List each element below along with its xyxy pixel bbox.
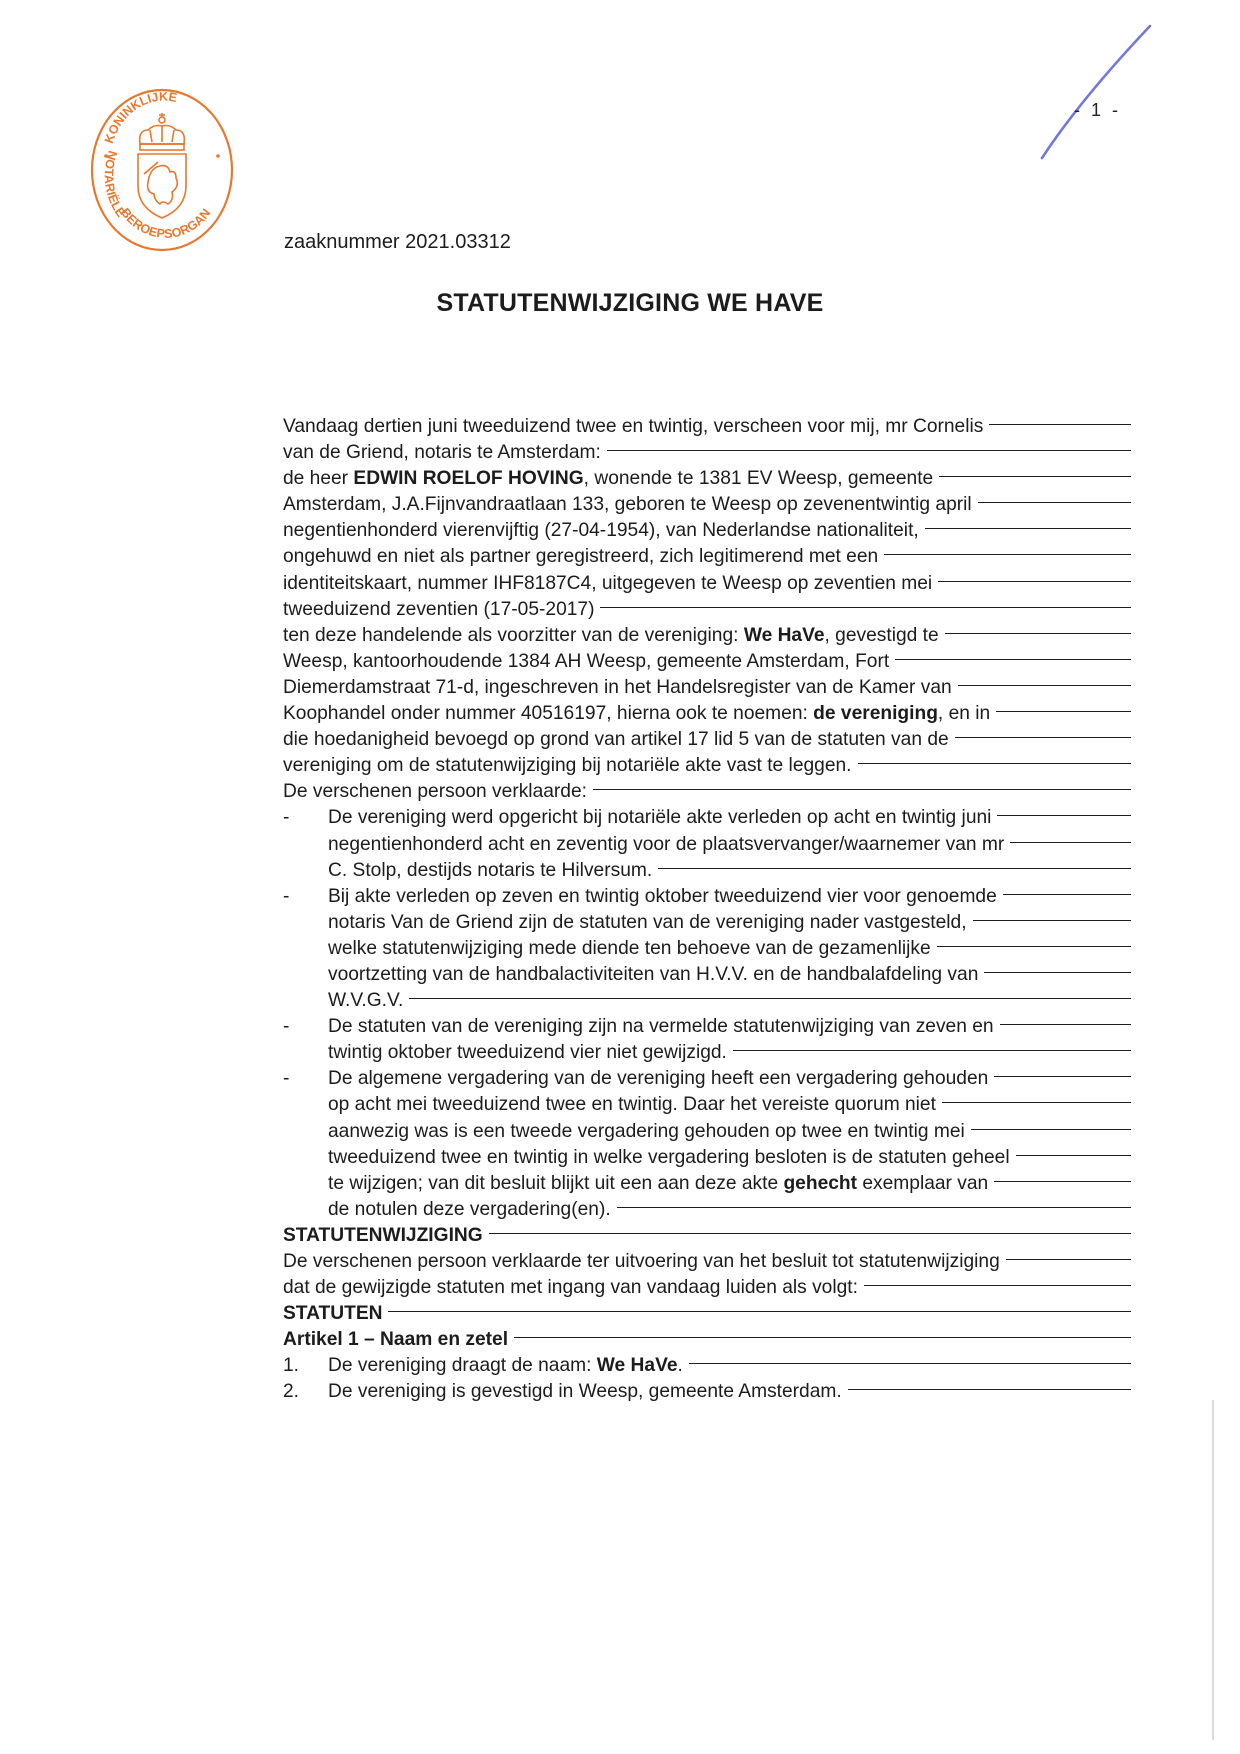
line-filler-rule — [1000, 1024, 1131, 1025]
notary-seal-logo: KONINKLIJKE NOTARIËLE BEROEPSORGANISATIE — [88, 86, 236, 254]
bullet-line: -De algemene vergadering van de verenigi… — [283, 1066, 1131, 1092]
text-line: Koophandel onder nummer 40516197, hierna… — [283, 701, 1131, 727]
bullet-dash: - — [283, 1014, 328, 1040]
line-filler-rule — [1003, 894, 1131, 895]
line-text: welke statutenwijziging mede diende ten … — [328, 936, 931, 962]
text-line: twintig oktober tweeduizend vier niet ge… — [283, 1040, 1131, 1066]
line-text: C. Stolp, destijds notaris te Hilversum. — [328, 858, 652, 884]
line-filler-rule — [858, 763, 1131, 764]
line-text: tweeduizend twee en twintig in welke ver… — [328, 1145, 1010, 1171]
line-filler-rule — [617, 1207, 1131, 1208]
bullet-line: -De vereniging werd opgericht bij notari… — [283, 805, 1131, 831]
line-filler-rule — [925, 528, 1131, 529]
line-text: De vereniging draagt de naam: We HaVe. — [328, 1353, 683, 1379]
article-clause-line: 2.De vereniging is gevestigd in Weesp, g… — [283, 1379, 1131, 1405]
line-text: Bij akte verleden op zeven en twintig ok… — [328, 884, 997, 910]
line-text: Koophandel onder nummer 40516197, hierna… — [283, 701, 990, 727]
line-filler-rule — [895, 659, 1131, 660]
bullet-line: -De statuten van de vereniging zijn na v… — [283, 1014, 1131, 1040]
article-clause-line: 1.De vereniging draagt de naam: We HaVe. — [283, 1353, 1131, 1379]
line-text: Vandaag dertien juni tweeduizend twee en… — [283, 414, 983, 440]
line-text: die hoedanigheid bevoegd op grond van ar… — [283, 727, 949, 753]
line-text: voortzetting van de handbalactiviteiten … — [328, 962, 978, 988]
text-line: STATUTEN — [283, 1301, 1131, 1327]
line-text: vereniging om de statutenwijziging bij n… — [283, 753, 852, 779]
text-line: Vandaag dertien juni tweeduizend twee en… — [283, 414, 1131, 440]
line-filler-rule — [973, 920, 1131, 921]
text-line: Diemerdamstraat 71-d, ingeschreven in he… — [283, 675, 1131, 701]
text-line: tweeduizend twee en twintig in welke ver… — [283, 1145, 1131, 1171]
line-text: twintig oktober tweeduizend vier niet ge… — [328, 1040, 727, 1066]
text-line: C. Stolp, destijds notaris te Hilversum. — [283, 858, 1131, 884]
text-line: ten deze handelende als voorzitter van d… — [283, 623, 1131, 649]
line-filler-rule — [945, 633, 1131, 634]
line-filler-rule — [938, 581, 1131, 582]
line-filler-rule — [1006, 1259, 1131, 1260]
text-line: Artikel 1 – Naam en zetel — [283, 1327, 1131, 1353]
line-filler-rule — [600, 607, 1131, 608]
line-filler-rule — [864, 1285, 1131, 1286]
line-text: ten deze handelende als voorzitter van d… — [283, 623, 939, 649]
line-filler-rule — [997, 815, 1131, 816]
line-text: identiteitskaart, nummer IHF8187C4, uitg… — [283, 571, 932, 597]
line-text: van de Griend, notaris te Amsterdam: — [283, 440, 601, 466]
text-line: op acht mei tweeduizend twee en twintig.… — [283, 1092, 1131, 1118]
text-line: STATUTENWIJZIGING — [283, 1223, 1131, 1249]
text-line: W.V.G.V. — [283, 988, 1131, 1014]
text-line: Weesp, kantoorhoudende 1384 AH Weesp, ge… — [283, 649, 1131, 675]
bullet-line: -Bij akte verleden op zeven en twintig o… — [283, 884, 1131, 910]
line-text: De verschenen persoon verklaarde ter uit… — [283, 1249, 1000, 1275]
case-number: zaaknummer 2021.03312 — [284, 231, 511, 254]
line-text: de notulen deze vergadering(en). — [328, 1197, 611, 1223]
text-line: welke statutenwijziging mede diende ten … — [283, 936, 1131, 962]
line-text: te wijzigen; van dit besluit blijkt uit … — [328, 1171, 988, 1197]
text-line: De verschenen persoon verklaarde ter uit… — [283, 1249, 1131, 1275]
line-filler-rule — [1016, 1155, 1131, 1156]
line-filler-rule — [994, 1181, 1131, 1182]
text-line: dat de gewijzigde statuten met ingang va… — [283, 1275, 1131, 1301]
line-filler-rule — [994, 1076, 1131, 1077]
bullet-dash: - — [283, 805, 328, 831]
line-filler-rule — [689, 1363, 1131, 1364]
document-title: STATUTENWIJZIGING WE HAVE — [0, 289, 1240, 318]
deed-body: Vandaag dertien juni tweeduizend twee en… — [283, 414, 1131, 1406]
line-text: negentienhonderd vierenvijftig (27-04-19… — [283, 518, 919, 544]
line-filler-rule — [514, 1337, 1131, 1338]
line-text: Diemerdamstraat 71-d, ingeschreven in he… — [283, 675, 952, 701]
line-filler-rule — [848, 1389, 1131, 1390]
line-text: De vereniging werd opgericht bij notarië… — [328, 805, 991, 831]
text-line: vereniging om de statutenwijziging bij n… — [283, 753, 1131, 779]
line-text: de heer EDWIN ROELOF HOVING, wonende te … — [283, 466, 933, 492]
line-text: De algemene vergadering van de verenigin… — [328, 1066, 988, 1092]
line-text: De verschenen persoon verklaarde: — [283, 779, 587, 805]
line-filler-rule — [984, 972, 1131, 973]
line-filler-rule — [937, 946, 1131, 947]
line-filler-rule — [989, 424, 1131, 425]
line-filler-rule — [942, 1102, 1131, 1103]
signature-pen-stroke — [1040, 10, 1180, 160]
text-line: van de Griend, notaris te Amsterdam: — [283, 440, 1131, 466]
line-text: Artikel 1 – Naam en zetel — [283, 1327, 508, 1353]
line-filler-rule — [593, 789, 1131, 790]
line-text: tweeduizend zeventien (17-05-2017) — [283, 597, 594, 623]
text-line: te wijzigen; van dit besluit blijkt uit … — [283, 1171, 1131, 1197]
text-line: Amsterdam, J.A.Fijnvandraatlaan 133, geb… — [283, 492, 1131, 518]
line-filler-rule — [1010, 842, 1131, 843]
clause-number: 2. — [283, 1379, 299, 1405]
line-filler-rule — [955, 737, 1131, 738]
line-text: ongehuwd en niet als partner geregistree… — [283, 544, 878, 570]
line-text: De statuten van de vereniging zijn na ve… — [328, 1014, 994, 1040]
line-filler-rule — [607, 450, 1131, 451]
line-filler-rule — [658, 868, 1131, 869]
svg-text:NOTARIËLE: NOTARIËLE — [102, 149, 128, 220]
line-filler-rule — [388, 1311, 1131, 1312]
text-line: de notulen deze vergadering(en). — [283, 1197, 1131, 1223]
line-text: STATUTENWIJZIGING — [283, 1223, 483, 1249]
line-filler-rule — [971, 1129, 1131, 1130]
text-line: identiteitskaart, nummer IHF8187C4, uitg… — [283, 571, 1131, 597]
text-line: die hoedanigheid bevoegd op grond van ar… — [283, 727, 1131, 753]
bullet-dash: - — [283, 1066, 328, 1092]
text-line: aanwezig was is een tweede vergadering g… — [283, 1119, 1131, 1145]
text-line: notaris Van de Griend zijn de statuten v… — [283, 910, 1131, 936]
line-text: STATUTEN — [283, 1301, 382, 1327]
text-line: negentienhonderd acht en zeventig voor d… — [283, 832, 1131, 858]
text-line: voortzetting van de handbalactiviteiten … — [283, 962, 1131, 988]
text-line: ongehuwd en niet als partner geregistree… — [283, 544, 1131, 570]
line-filler-rule — [939, 476, 1131, 477]
clause-number: 1. — [283, 1353, 299, 1379]
line-filler-rule — [884, 554, 1131, 555]
page-number: - 1 - — [1074, 100, 1121, 121]
text-line: de heer EDWIN ROELOF HOVING, wonende te … — [283, 466, 1131, 492]
line-text: aanwezig was is een tweede vergadering g… — [328, 1119, 965, 1145]
text-line: tweeduizend zeventien (17-05-2017) — [283, 597, 1131, 623]
bullet-dash: - — [283, 884, 328, 910]
line-text: Weesp, kantoorhoudende 1384 AH Weesp, ge… — [283, 649, 889, 675]
line-filler-rule — [489, 1233, 1131, 1234]
line-text: W.V.G.V. — [328, 988, 403, 1014]
line-text: De vereniging is gevestigd in Weesp, gem… — [328, 1379, 842, 1405]
line-text: notaris Van de Griend zijn de statuten v… — [328, 910, 967, 936]
text-line: De verschenen persoon verklaarde: — [283, 779, 1131, 805]
line-filler-rule — [996, 711, 1131, 712]
line-text: op acht mei tweeduizend twee en twintig.… — [328, 1092, 936, 1118]
line-text: Amsterdam, J.A.Fijnvandraatlaan 133, geb… — [283, 492, 972, 518]
line-text: negentienhonderd acht en zeventig voor d… — [328, 832, 1004, 858]
line-filler-rule — [409, 998, 1131, 999]
line-text: dat de gewijzigde statuten met ingang va… — [283, 1275, 858, 1301]
line-filler-rule — [733, 1050, 1131, 1051]
line-filler-rule — [958, 685, 1131, 686]
scan-edge-line — [1212, 1400, 1214, 1740]
text-line: negentienhonderd vierenvijftig (27-04-19… — [283, 518, 1131, 544]
line-filler-rule — [978, 502, 1131, 503]
